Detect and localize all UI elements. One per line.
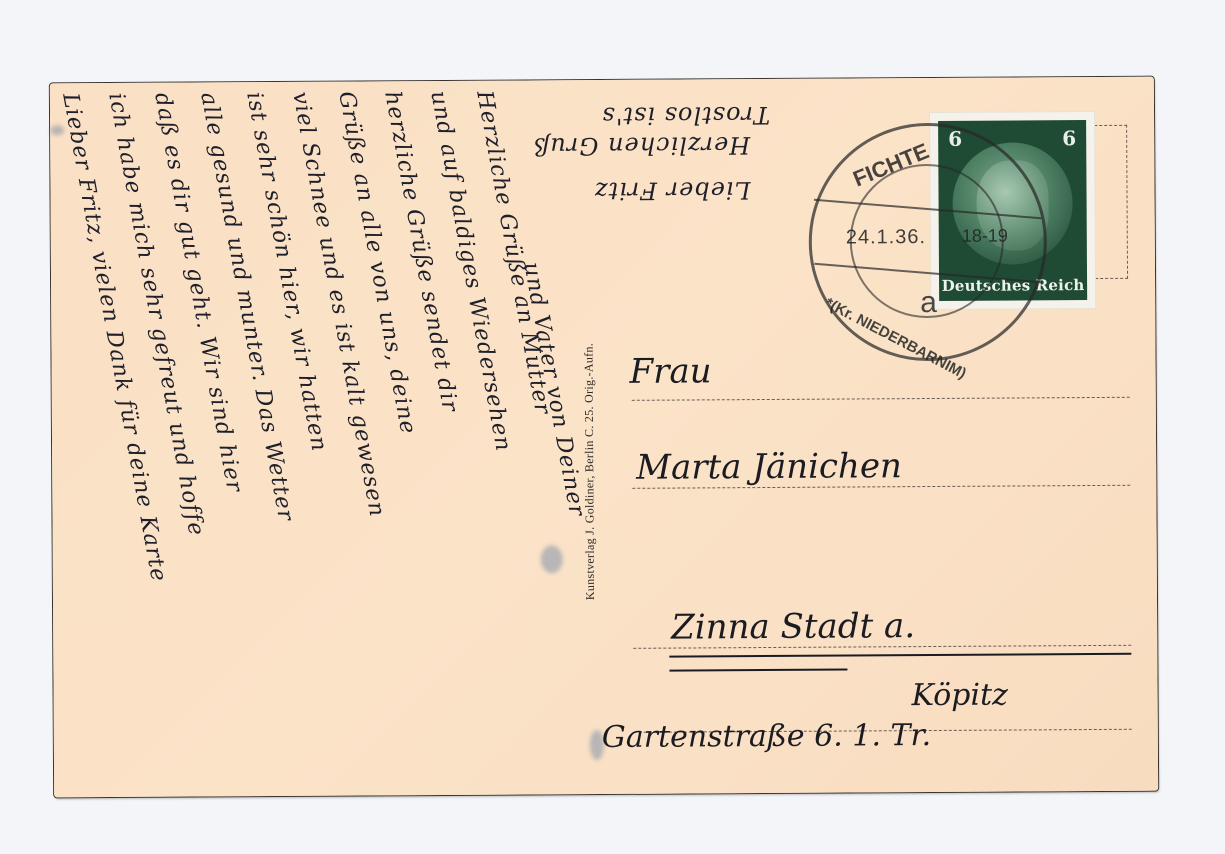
message-area: Lieber Fritz, vielen Dank für deine Kart…	[50, 77, 1154, 84]
city-underline	[669, 669, 847, 672]
ink-smudge	[541, 545, 563, 573]
postmark: FICHTE 24.1.36. 18-19 a *(Kr. NIEDERBARN…	[808, 122, 1047, 361]
message-line-upside-down: Lieber Fritz	[594, 176, 751, 205]
publisher-imprint: Kunstverlag J. Goldiner, Berlin C. 25. O…	[581, 343, 598, 600]
postcard: Lieber Fritz, vielen Dank für deine Kart…	[50, 77, 1158, 798]
stamp-value-right: 6	[1062, 126, 1076, 150]
postmark-letter: a	[920, 286, 937, 320]
address-rule	[632, 397, 1130, 401]
address-street: Gartenstraße 6. 1. Tr.	[602, 718, 931, 755]
address-salutation: Frau	[629, 351, 711, 392]
address-name: Marta Jänichen	[636, 446, 902, 488]
address-city: Zinna Stadt a.	[671, 606, 915, 647]
city-underline	[669, 653, 1131, 658]
address-district: Köpitz	[911, 678, 1008, 714]
message-line-upside-down: Trostlos ist's	[601, 101, 770, 130]
postmark-time: 18-19	[962, 226, 1008, 247]
postmark-date: 24.1.36.	[846, 226, 926, 249]
message-line-upside-down: Herzlichen Gruß	[532, 131, 750, 160]
ink-smudge	[50, 125, 64, 135]
